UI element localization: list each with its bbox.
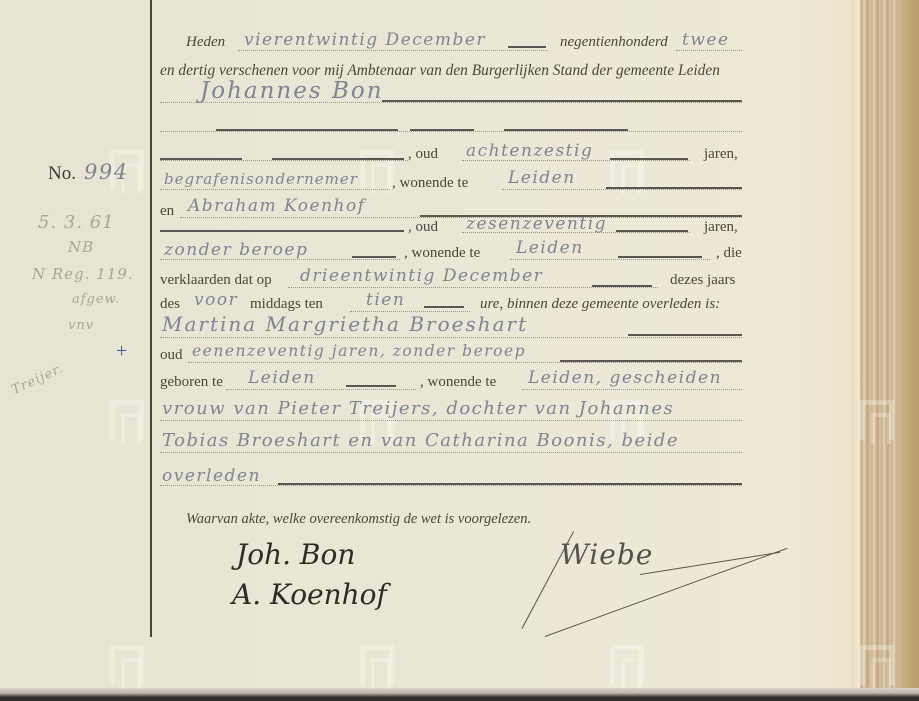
text-wonende-te: , wonende te xyxy=(404,245,480,262)
text-geboren-te: geboren te xyxy=(160,374,223,391)
hand-deceased-name: Martina Margrietha Broeshart xyxy=(162,312,528,336)
record-number-label: No. xyxy=(48,163,76,185)
fill-dash xyxy=(504,129,628,131)
text-wonende-te: , wonende te xyxy=(420,374,496,391)
text-oud: , oud xyxy=(408,146,438,163)
hand-occupation-declarant1: begrafenisondernemer xyxy=(164,170,358,188)
fill-dash xyxy=(216,129,398,131)
watermark-logo-icon xyxy=(860,400,894,440)
fill-line xyxy=(188,362,742,363)
text-jaren: jaren, xyxy=(704,146,738,163)
fill-dash xyxy=(424,306,464,308)
hand-declarant2-name: Abraham Koenhof xyxy=(188,196,366,216)
hand-parents: Tobias Broeshart en van Catharina Boonis… xyxy=(162,430,679,451)
hand-deceased-age-occupation: eenenzeventig jaren, zonder beroep xyxy=(192,342,526,360)
watermark-logo-icon xyxy=(610,645,644,685)
hand-residence-declarant2: Leiden xyxy=(516,238,584,258)
text-wonende-te: , wonende te xyxy=(392,175,468,192)
text-oud: oud xyxy=(160,347,183,364)
hand-birthplace: Leiden xyxy=(248,368,316,388)
fill-dash xyxy=(346,385,396,387)
fill-dash xyxy=(382,100,742,102)
fill-line xyxy=(510,259,710,260)
fill-dash xyxy=(160,158,242,160)
hand-occupation-declarant2: zonder beroep xyxy=(164,240,308,260)
book-bottom-edge xyxy=(0,688,919,701)
hand-overleden: overleden xyxy=(162,466,261,486)
text-en: en xyxy=(160,203,174,220)
margin-note-vnv: vnv xyxy=(68,318,94,333)
signature-declarant1: Joh. Bon xyxy=(236,538,355,571)
hand-hour: tien xyxy=(366,290,405,310)
watermark-logo-icon xyxy=(360,150,394,190)
fill-line xyxy=(160,337,742,338)
fill-dash xyxy=(410,129,474,131)
fill-line xyxy=(226,389,416,390)
fill-line xyxy=(160,420,742,421)
fill-line xyxy=(288,287,658,288)
fill-line xyxy=(180,217,742,218)
text-jaren: jaren, xyxy=(704,219,738,236)
text-die: , die xyxy=(716,245,742,262)
text-verklaarden: verklaarden dat op xyxy=(160,272,272,289)
fill-dash xyxy=(592,285,652,287)
margin-rule-line xyxy=(150,0,152,637)
margin-note-afgew: afgew. xyxy=(72,292,120,307)
watermark-logo-icon xyxy=(110,645,144,685)
text-negentienhonderd: negentienhonderd xyxy=(560,34,668,51)
fill-line xyxy=(522,389,742,390)
blue-plus-mark-icon: + xyxy=(116,340,127,363)
fill-dash xyxy=(610,158,688,160)
hand-spouse-parents: vrouw van Pieter Treijers, dochter van J… xyxy=(162,398,674,419)
watermark-logo-icon xyxy=(610,150,644,190)
text-heden: Heden xyxy=(186,34,225,51)
watermark-logo-icon xyxy=(110,400,144,440)
text-des: des xyxy=(160,296,180,313)
fill-line xyxy=(238,50,548,51)
text-oud: , oud xyxy=(408,219,438,236)
text-dezes-jaars: dezes jaars xyxy=(670,272,735,289)
hand-residence-deceased: Leiden, gescheiden xyxy=(528,368,722,388)
fill-line xyxy=(160,131,742,132)
hand-age-declarant2: zesenzeventig xyxy=(466,214,607,234)
hand-date-death: drieentwintig December xyxy=(300,266,543,286)
hand-date-day: vierentwintig December xyxy=(244,30,486,50)
fill-dash xyxy=(508,46,546,48)
watermark-logo-icon xyxy=(860,645,894,685)
hand-declarant1-name: Johannes Bon xyxy=(200,78,384,104)
fill-line xyxy=(160,189,390,190)
book-page-stack xyxy=(860,0,919,690)
fill-dash xyxy=(352,256,396,258)
text-closing: Waarvan akte, welke overeenkomstig de we… xyxy=(186,511,531,528)
margin-note-date: 5. 3. 61 xyxy=(38,212,115,233)
fill-line xyxy=(160,452,742,453)
hand-voor: voor xyxy=(194,290,238,310)
book-cover-edge xyxy=(897,0,919,690)
fill-dash xyxy=(628,334,742,336)
hand-residence-declarant1: Leiden xyxy=(508,168,576,188)
text-overleden-is: ure, binnen deze gemeente overleden is: xyxy=(480,296,720,313)
hand-age-declarant1: achtenzestig xyxy=(466,141,593,161)
fill-dash xyxy=(278,483,742,485)
fill-line xyxy=(676,50,742,51)
signature-official: Wiebe xyxy=(560,538,653,571)
fill-line xyxy=(160,160,408,161)
margin-note-nb: NB xyxy=(68,238,94,256)
fill-line xyxy=(502,189,742,190)
margin-note-reg: N Reg. 119. xyxy=(32,265,134,283)
record-number-value: 994 xyxy=(84,160,129,184)
fill-dash xyxy=(560,360,742,362)
fill-dash xyxy=(272,158,404,160)
watermark-logo-icon xyxy=(360,645,394,685)
fill-dash xyxy=(160,230,404,232)
fill-dash xyxy=(618,256,702,258)
fill-dash xyxy=(616,230,688,232)
signature-declarant2: A. Koenhof xyxy=(232,578,387,611)
fill-dash xyxy=(606,187,742,189)
text-middags-ten: middags ten xyxy=(250,296,323,313)
hand-year: twee xyxy=(682,30,730,50)
